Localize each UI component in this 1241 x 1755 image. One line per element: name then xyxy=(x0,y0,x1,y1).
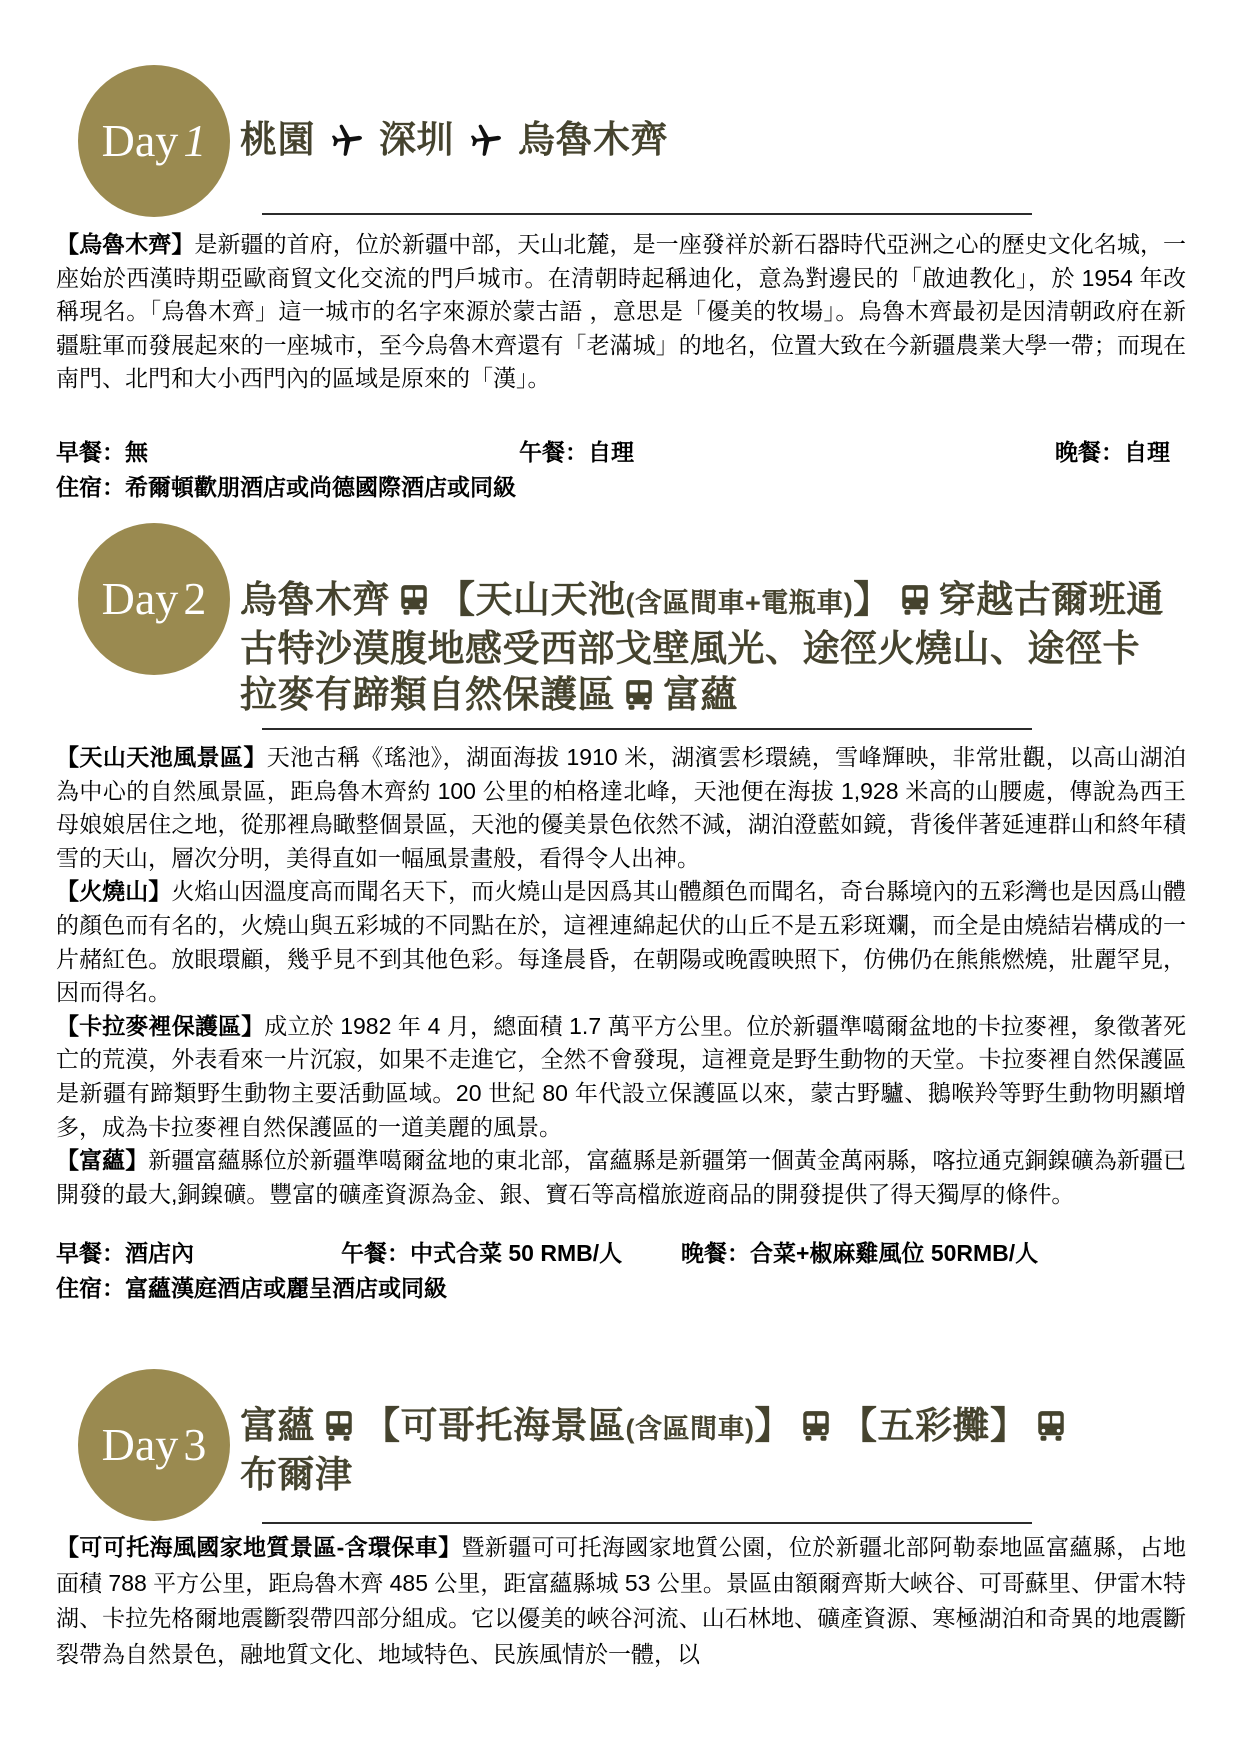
day-1-description: 【烏魯木齊】是新疆的首府，位於新疆中部，天山北麓，是一座發祥於新石器時代亞洲之心… xyxy=(56,228,1186,396)
day-1-badge: Day1 xyxy=(78,65,230,217)
day-3-badge: Day3 xyxy=(78,1369,230,1521)
paragraph-heading: 【烏魯木齊】 xyxy=(56,231,194,257)
paragraph: 【天山天池風景區】天池古稱《瑤池》，湖面海拔 1910 米，湖濱雲杉環繞，雪峰輝… xyxy=(56,741,1186,875)
day-2-lodging-info: 住宿：富蘊漢庭酒店或麗呈酒店或同級 xyxy=(56,1272,1185,1305)
paragraph-text: 新疆富蘊縣位於新疆準噶爾盆地的東北部，富蘊縣是新疆第一個黃金萬兩縣，喀拉通克銅鎳… xyxy=(56,1147,1186,1207)
title-segment: 【天山天池 xyxy=(438,579,626,620)
day-1-route-title: 桃園深圳烏魯木齊 xyxy=(240,65,1170,213)
day-2-header: Day2 烏魯木齊【天山天池(含區間車+電瓶車)】穿越古爾班通古特沙漠腹地感受西… xyxy=(0,523,1241,730)
day-label: Day xyxy=(102,118,179,164)
day-2-title-column: 烏魯木齊【天山天池(含區間車+電瓶車)】穿越古爾班通古特沙漠腹地感受西部戈壁風光… xyxy=(240,523,1170,730)
day-label: Day xyxy=(102,1422,179,1468)
bus-icon xyxy=(799,1409,833,1443)
day-label: Day xyxy=(102,576,179,622)
day-1-meals-row: 早餐：無 午餐：自理 晚餐：自理 xyxy=(56,436,1185,469)
title-separator-line xyxy=(262,728,1032,730)
bus-icon xyxy=(898,583,932,617)
title-segment: 】 xyxy=(754,1405,792,1446)
day-3-route-title: 富蘊【可哥托海景區(含區間車)】【五彩攤】布爾津 xyxy=(240,1369,1170,1522)
paragraph-text: 是新疆的首府，位於新疆中部，天山北麓，是一座發祥於新石器時代亞洲之心的歷史文化名… xyxy=(56,231,1186,391)
title-segment: 烏魯木齊 xyxy=(240,579,390,620)
paragraph-heading: 【可可托海風國家地質景區-含環保車】 xyxy=(56,1534,462,1560)
lunch-info: 午餐：中式合菜 50 RMB/人 xyxy=(341,1237,681,1270)
day-2-route-title: 烏魯木齊【天山天池(含區間車+電瓶車)】穿越古爾班通古特沙漠腹地感受西部戈壁風光… xyxy=(240,523,1170,728)
title-segment-small: (含區間車) xyxy=(626,1414,755,1444)
lunch-info: 午餐：自理 xyxy=(519,436,1055,469)
title-segment-small: (含區間車+電瓶車) xyxy=(626,588,854,618)
title-segment: 布爾津 xyxy=(240,1454,353,1495)
title-segment: 【可哥托海景區 xyxy=(363,1405,626,1446)
route-to: 烏魯木齊 xyxy=(518,119,668,160)
day-number: 1 xyxy=(183,118,206,164)
dinner-info: 晚餐：合菜+椒麻雞風位 50RMB/人 xyxy=(681,1237,1038,1270)
paragraph-heading: 【天山天池風景區】 xyxy=(56,744,267,770)
day-1-title-column: 桃園深圳烏魯木齊 xyxy=(240,65,1170,215)
title-segment: 【五彩攤】 xyxy=(840,1405,1028,1446)
title-separator-line xyxy=(262,1522,1032,1524)
day-number: 2 xyxy=(183,576,206,622)
day-1-header: Day1 桃園深圳烏魯木齊 xyxy=(0,65,1241,217)
breakfast-info: 早餐：酒店內 xyxy=(56,1237,341,1270)
dinner-info: 晚餐：自理 xyxy=(1055,436,1170,469)
route-via: 深圳 xyxy=(379,119,454,160)
title-segment: 】 xyxy=(853,579,891,620)
paragraph-heading: 【火燒山】 xyxy=(56,878,171,904)
bus-icon xyxy=(322,1409,356,1443)
bus-icon xyxy=(1034,1409,1068,1443)
title-segment: 富蘊 xyxy=(240,1405,315,1446)
paragraph: 【可可托海風國家地質景區-含環保車】暨新疆可可托海國家地質公園，位於新疆北部阿勒… xyxy=(56,1530,1186,1672)
route-from: 桃園 xyxy=(240,119,315,160)
day-3-section: Day3 富蘊【可哥托海景區(含區間車)】【五彩攤】布爾津 【可可托海風國家地質… xyxy=(0,1369,1241,1672)
bus-icon xyxy=(622,678,656,712)
paragraph-heading: 【富蘊】 xyxy=(56,1147,148,1173)
day-3-header: Day3 富蘊【可哥托海景區(含區間車)】【五彩攤】布爾津 xyxy=(0,1369,1241,1524)
day-1-section: Day1 桃園深圳烏魯木齊 【烏魯木齊】是新疆的首府，位於新疆中部，天山北麓，是… xyxy=(0,65,1241,504)
title-segment: 富蘊 xyxy=(663,674,738,715)
itinerary-page: Day1 桃園深圳烏魯木齊 【烏魯木齊】是新疆的首府，位於新疆中部，天山北麓，是… xyxy=(0,0,1241,1755)
breakfast-info: 早餐：無 xyxy=(56,436,519,469)
bus-icon xyxy=(397,583,431,617)
paragraph: 【卡拉麥裡保護區】成立於 1982 年 4 月，總面積 1.7 萬平方公里。位於… xyxy=(56,1010,1186,1144)
paragraph: 【火燒山】火焰山因溫度高而聞名天下，而火燒山是因爲其山體顏色而聞名，奇台縣境內的… xyxy=(56,875,1186,1009)
airplane-icon xyxy=(329,121,365,157)
paragraph-heading: 【卡拉麥裡保護區】 xyxy=(56,1013,264,1039)
airplane-icon xyxy=(468,121,504,157)
day-3-title-column: 富蘊【可哥托海景區(含區間車)】【五彩攤】布爾津 xyxy=(240,1369,1170,1524)
day-number: 3 xyxy=(183,1422,206,1468)
paragraph-text: 火焰山因溫度高而聞名天下，而火燒山是因爲其山體顏色而聞名，奇台縣境內的五彩灣也是… xyxy=(56,878,1186,1005)
day-1-lodging-info: 住宿：希爾頓歡朋酒店或尚德國際酒店或同級 xyxy=(56,471,1185,504)
paragraph: 【烏魯木齊】是新疆的首府，位於新疆中部，天山北麓，是一座發祥於新石器時代亞洲之心… xyxy=(56,228,1186,396)
paragraph: 【富蘊】新疆富蘊縣位於新疆準噶爾盆地的東北部，富蘊縣是新疆第一個黃金萬兩縣，喀拉… xyxy=(56,1144,1186,1211)
day-2-description: 【天山天池風景區】天池古稱《瑤池》，湖面海拔 1910 米，湖濱雲杉環繞，雪峰輝… xyxy=(56,741,1186,1211)
title-separator-line xyxy=(262,213,1032,215)
day-2-meals-row: 早餐：酒店內 午餐：中式合菜 50 RMB/人 晚餐：合菜+椒麻雞風位 50RM… xyxy=(56,1237,1185,1270)
day-2-badge: Day2 xyxy=(78,523,230,675)
day-2-section: Day2 烏魯木齊【天山天池(含區間車+電瓶車)】穿越古爾班通古特沙漠腹地感受西… xyxy=(0,523,1241,1305)
day-3-description: 【可可托海風國家地質景區-含環保車】暨新疆可可托海國家地質公園，位於新疆北部阿勒… xyxy=(56,1530,1186,1672)
